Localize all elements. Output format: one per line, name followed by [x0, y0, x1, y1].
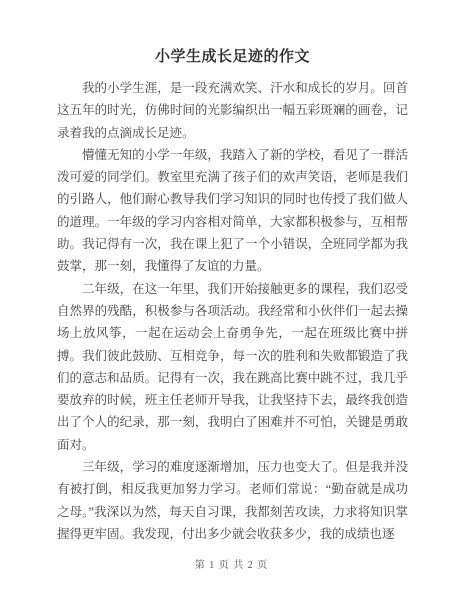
- essay-paragraph-1: 我的小学生涯，是一段充满欢笑、汗水和成长的岁月。回首这五年的时光，仿佛时间的光影…: [57, 77, 408, 144]
- essay-paragraph-4: 三年级，学习的难度逐渐增加，压力也变大了。但是我并没有被打倒，相反我更加努力学习…: [57, 456, 408, 545]
- essay-paragraph-2: 懵懂无知的小学一年级，我踏入了新的学校，看见了一群活泼可爱的同学们。教室里充满了…: [57, 144, 408, 278]
- essay-title: 小学生成长足迹的作文: [57, 47, 408, 68]
- page-number-footer: 第 1 页 共 2 页: [0, 556, 463, 571]
- document-page: 小学生成长足迹的作文 我的小学生涯，是一段充满欢笑、汗水和成长的岁月。回首这五年…: [0, 0, 463, 600]
- essay-paragraph-3: 二年级，在这一年里，我们开始接触更多的课程，我们忍受自然界的残酷，积极参与各项活…: [57, 278, 408, 456]
- document-content: 小学生成长足迹的作文 我的小学生涯，是一段充满欢笑、汗水和成长的岁月。回首这五年…: [57, 47, 408, 545]
